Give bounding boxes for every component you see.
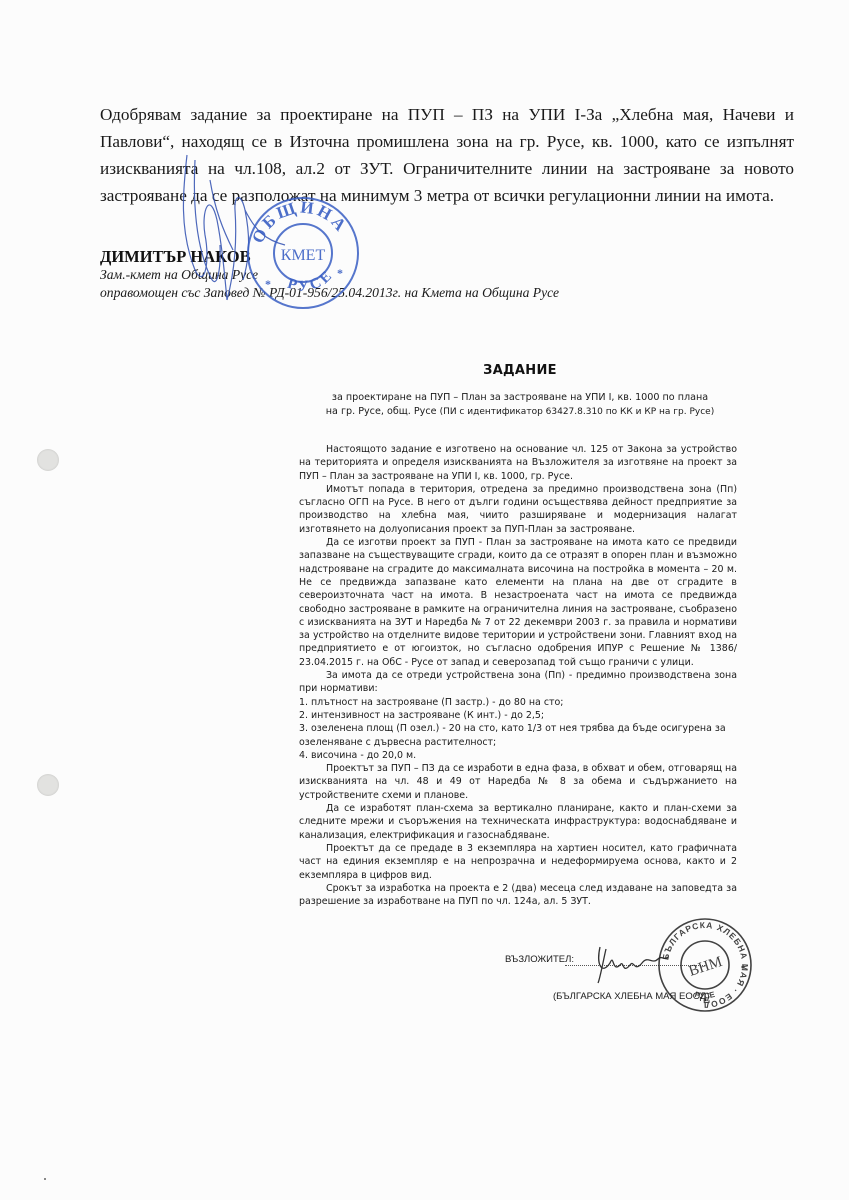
assignor-company: (БЪЛГАРСКА ХЛЕБНА МАЯ ЕООД): [553, 991, 710, 1002]
punch-hole-top: [37, 449, 59, 471]
svg-text:ВНМ: ВНМ: [687, 954, 724, 980]
assignment-subtitle: за проектиране на ПУП – План за застрояв…: [300, 391, 740, 419]
paragraph-project-scope: Да се изготви проект за ПУП - План за за…: [299, 536, 737, 669]
document-page: Одобрявам задание за проектиране на ПУП …: [0, 0, 849, 1200]
paragraph-copies: Проектът да се предаде в 3 екземпляра на…: [299, 842, 737, 882]
assignment-body: Настоящото задание е изготвено на основа…: [299, 443, 737, 908]
punch-hole-bottom: [37, 774, 59, 796]
scan-mark: [44, 1178, 46, 1180]
paragraph-territory: Имотът попада в територия, отредена за п…: [299, 483, 737, 536]
paragraph-zone: За имота да се отреди устройствена зона …: [299, 669, 737, 696]
paragraph-deadline: Срокът за изработка на проекта е 2 (два)…: [299, 882, 737, 909]
assignor-signature-icon: [592, 935, 672, 985]
norm-density: 1. плътност на застрояване (П застр.) - …: [299, 696, 737, 709]
svg-text:*: *: [337, 266, 343, 280]
assignor-label: ВЪЗЛОЖИТЕЛ:: [505, 954, 574, 965]
assignment-title: ЗАДАНИЕ: [300, 363, 740, 378]
signer-authority: оправомощен със Заповед № РД-01-956/25.0…: [100, 285, 559, 301]
svg-text:КМЕТ: КМЕТ: [281, 247, 326, 264]
norm-intensity: 2. интензивност на застрояване (К инт.) …: [299, 709, 737, 722]
assignment-subtitle-line-2: на гр. Русе, общ. Русе (ПИ с идентификат…: [300, 405, 740, 419]
signer-name: ДИМИТЪР НАКОВ: [100, 247, 251, 267]
norm-green-area: 3. озеленена площ (П озел.) - 20 на сто,…: [299, 722, 737, 749]
paragraph-phase: Проектът за ПУП – ПЗ да се изработи в ед…: [299, 762, 737, 802]
paragraph-basis: Настоящото задание е изготвено на основа…: [299, 443, 737, 483]
approval-text: Одобрявам задание за проектиране на ПУП …: [100, 101, 794, 209]
subtitle-identifier: (ПИ с идентификатор 63427.8.310 по КК и …: [440, 407, 715, 417]
signer-role: Зам.-кмет на Община Русе: [100, 267, 258, 283]
norm-height: 4. височина - до 20,0 м.: [299, 749, 737, 762]
subtitle-location: на гр. Русе, общ. Русе: [326, 406, 440, 417]
signature-line: [565, 965, 705, 966]
paragraph-infrastructure: Да се изработят план-схема за вертикално…: [299, 802, 737, 842]
assignment-subtitle-line-1: за проектиране на ПУП – План за застрояв…: [300, 391, 740, 405]
